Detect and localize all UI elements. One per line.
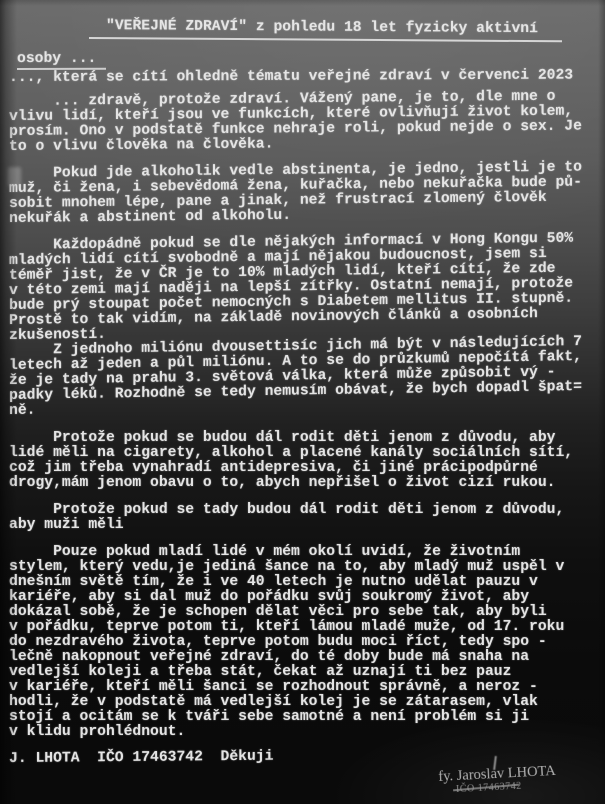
title-row: "VEŘEJNÉ ZDRAVÍ" z pohledu 18 let fyzick… [9,18,605,39]
paragraph-6: Protože pokud se tady budou dál rodit dě… [9,503,605,533]
typewritten-page-photo: "VEŘEJNÉ ZDRAVÍ" z pohledu 18 let fyzick… [0,0,605,804]
paragraph-4: Z jednoho miliónu dvousettisíc jich má b… [9,335,605,419]
subtitle-word: osoby ... [17,52,106,70]
paragraph-2: Pokud jde alkoholik vedle abstinenta, je… [9,160,605,227]
paragraph-7: Pouze pokud mladí lidé v mém okolí uvidí… [9,545,605,740]
paragraph-5: Protože pokud se budou dál rodit děti je… [9,431,605,491]
paragraph-1: ... zdravě, protože zdraví. Vážený pane,… [9,89,605,155]
ink-smudge [8,167,21,186]
paragraph-3: Každopádně pokud se dle nějakých informa… [9,231,605,344]
subtitle-line: ..., která se cítí ohledně tématu veřejn… [9,68,605,86]
document-body: "VEŘEJNÉ ZDRAVÍ" z pohledu 18 let fyzick… [0,0,605,804]
page-title: "VEŘEJNÉ ZDRAVÍ" z pohledu 18 let fyzick… [89,18,562,42]
